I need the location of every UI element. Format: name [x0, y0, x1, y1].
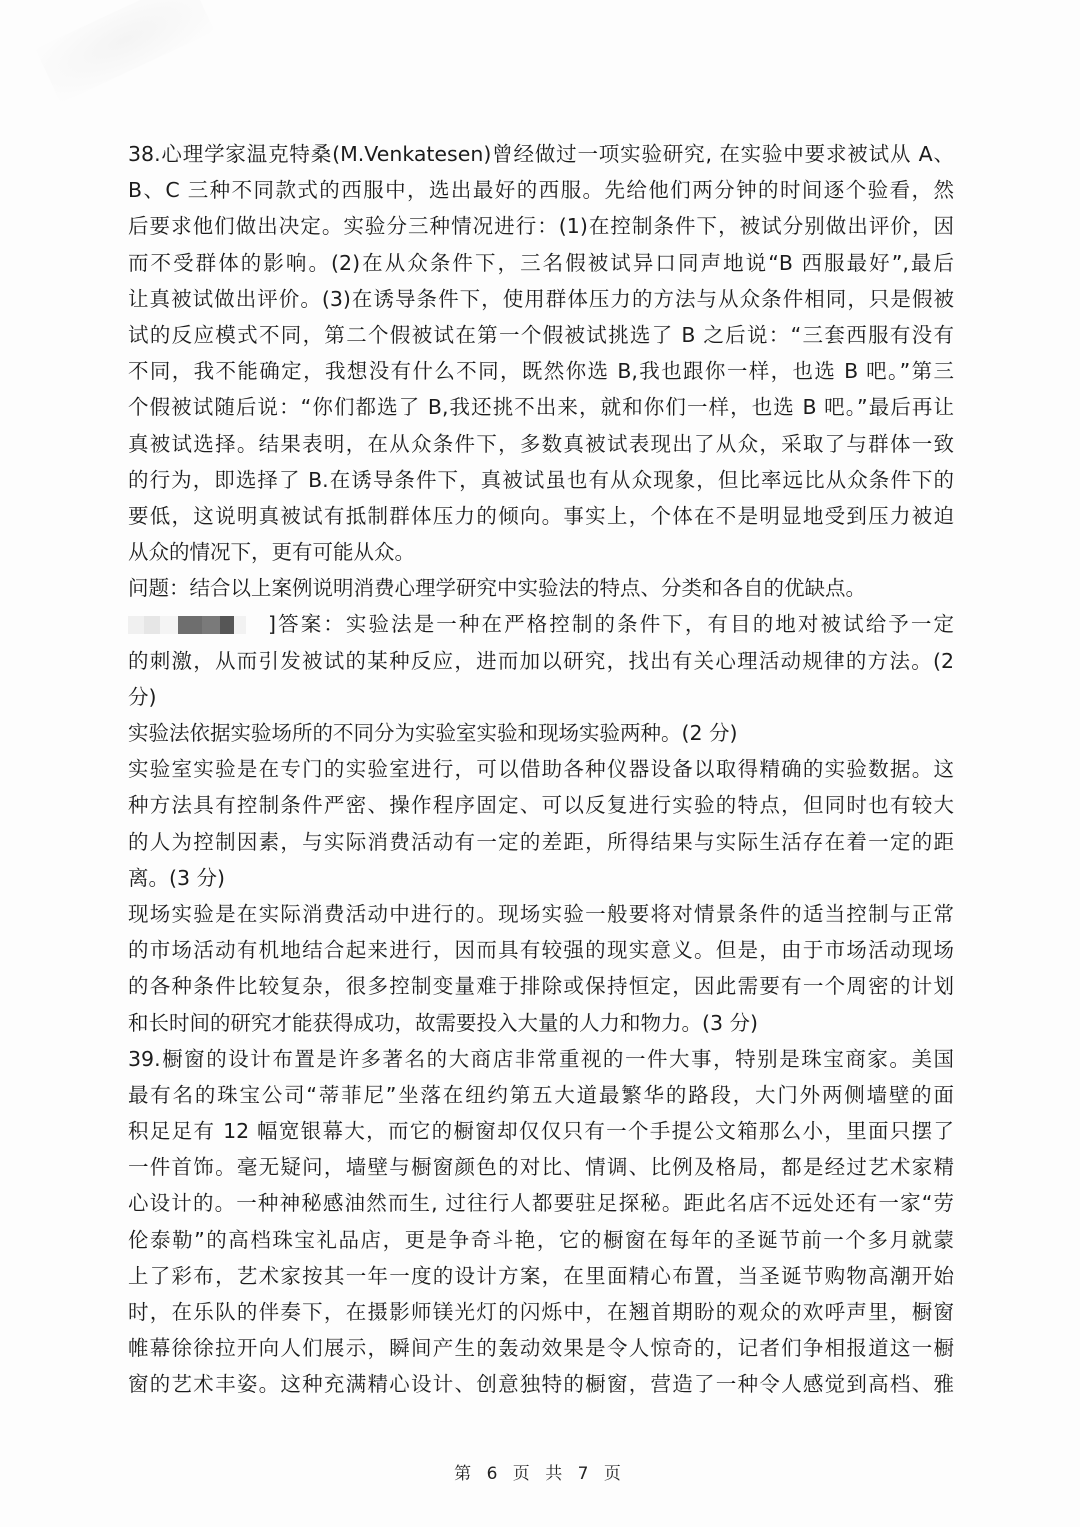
- text-line: 离。(3 分): [128, 860, 954, 896]
- text-line: 真被试选择。结果表明，在从众条件下，多数真被试表现出了从众，采取了与群体一致: [128, 426, 954, 462]
- text-line-content: 分): [128, 685, 157, 709]
- document-page: 38.心理学家温克特桑(M.Venkatesen)曾经做过一项实验研究, 在实验…: [0, 0, 1080, 1527]
- text-line-content: 和长时间的研究才能获得成功，故需要投入大量的人力和物力。(3 分): [128, 1011, 758, 1035]
- redacted-block: [128, 616, 246, 634]
- text-line-content: 后要求他们做出决定。实验分三种情况进行：(1)在控制条件下，被试分别做出评价，因: [128, 214, 954, 238]
- text-line: 的各种条件比较复杂，很多控制变量难于排除或保持恒定，因此需要有一个周密的计划: [128, 968, 954, 1004]
- text-line: 一件首饰。毫无疑问，墙壁与橱窗颜色的对比、情调、比例及格局，都是经过艺术家精: [128, 1149, 954, 1185]
- text-line-content: 最有名的珠宝公司“蒂菲尼”坐落在纽约第五大道最繁华的路段，大门外两侧墙壁的面: [128, 1083, 954, 1107]
- text-line-content: 的刺激，从而引发被试的某种反应，进而加以研究，找出有关心理活动规律的方法。(2: [128, 649, 954, 673]
- text-line: ]答案：实验法是一种在严格控制的条件下，有目的地对被试给予一定: [128, 606, 954, 642]
- text-line-content: 的行为，即选择了 B.在诱导条件下，真被试虽也有从众现象，但比率远比从众条件下的: [128, 468, 954, 492]
- text-line-content: 心设计的。一种神秘感油然而生, 过往行人都要驻足探秘。距此名店不远处还有一家“劳: [128, 1191, 954, 1215]
- text-line-content: 上了彩布，艺术家按其一年一度的设计方案，在里面精心布置，当圣诞节购物高潮开始: [128, 1264, 954, 1288]
- body-text: 38.心理学家温克特桑(M.Venkatesen)曾经做过一项实验研究, 在实验…: [128, 136, 954, 1403]
- text-line-content: 而不受群体的影响。(2)在从众条件下，三名假被试异口同声地说“B 西服最好”,最…: [128, 251, 954, 275]
- text-line: 39.橱窗的设计布置是许多著名的大商店非常重视的一件大事，特别是珠宝商家。美国: [128, 1041, 954, 1077]
- text-line-content: 现场实验是在实际消费活动中进行的。现场实验一般要将对情景条件的适当控制与正常: [128, 902, 954, 926]
- text-line: 分): [128, 679, 954, 715]
- text-line: 最有名的珠宝公司“蒂菲尼”坐落在纽约第五大道最繁华的路段，大门外两侧墙壁的面: [128, 1077, 954, 1113]
- text-line: 心设计的。一种神秘感油然而生, 过往行人都要驻足探秘。距此名店不远处还有一家“劳: [128, 1185, 954, 1221]
- text-line-content: 伦泰勒”的高档珠宝礼品店，更是争奇斗艳，它的橱窗在每年的圣诞节前一个多月就蒙: [128, 1228, 954, 1252]
- text-line: 不同，我不能确定，我想没有什么不同，既然你选 B,我也跟你一样，也选 B 吧。”…: [128, 353, 954, 389]
- text-line-content: 积足足有 12 幅宽银幕大，而它的橱窗却仅仅只有一个手提公文箱那么小，里面只摆了: [128, 1119, 954, 1143]
- text-line: 积足足有 12 幅宽银幕大，而它的橱窗却仅仅只有一个手提公文箱那么小，里面只摆了: [128, 1113, 954, 1149]
- text-line: 种方法具有控制条件严密、操作程序固定、可以反复进行实验的特点，但同时也有较大: [128, 787, 954, 823]
- text-line: 和长时间的研究才能获得成功，故需要投入大量的人力和物力。(3 分): [128, 1005, 954, 1041]
- text-line: 帷幕徐徐拉开向人们展示，瞬间产生的轰动效果是令人惊奇的，记者们争相报道这一橱: [128, 1330, 954, 1366]
- text-line-content: 不同，我不能确定，我想没有什么不同，既然你选 B,我也跟你一样，也选 B 吧。”…: [128, 359, 954, 383]
- text-line-content: 试的反应模式不同，第二个假被试在第一个假被试挑选了 B 之后说：“三套西服有没有: [128, 323, 954, 347]
- text-line: 上了彩布，艺术家按其一年一度的设计方案，在里面精心布置，当圣诞节购物高潮开始: [128, 1258, 954, 1294]
- text-line: 要低，这说明真被试有抵制群体压力的倾向。事实上，个体在不是明显地受到压力被迫: [128, 498, 954, 534]
- text-line-content: 的市场活动有机地结合起来进行，因而具有较强的现实意义。但是，由于市场活动现场: [128, 938, 954, 962]
- text-line: 实验室实验是在专门的实验室进行，可以借助各种仪器设备以取得精确的实验数据。这: [128, 751, 954, 787]
- page-footer: 第 6 页 共 7 页: [0, 1459, 1080, 1484]
- text-line: 窗的艺术丰姿。这种充满精心设计、创意独特的橱窗，营造了一种令人感觉到高档、雅: [128, 1366, 954, 1402]
- text-line: 的人为控制因素，与实际消费活动有一定的差距，所得结果与实际生活存在着一定的距: [128, 824, 954, 860]
- text-line-content: B、C 三种不同款式的西服中，选出最好的西服。先给他们两分钟的时间逐个验看，然: [128, 178, 954, 202]
- text-line: 现场实验是在实际消费活动中进行的。现场实验一般要将对情景条件的适当控制与正常: [128, 896, 954, 932]
- text-line-content: 真被试选择。结果表明，在从众条件下，多数真被试表现出了从众，采取了与群体一致: [128, 432, 954, 456]
- scan-smudge: [35, 0, 214, 103]
- text-line-content: 让真被试做出评价。(3)在诱导条件下，使用群体压力的方法与从众条件相同，只是假被: [128, 287, 954, 311]
- text-line-content: 要低，这说明真被试有抵制群体压力的倾向。事实上，个体在不是明显地受到压力被迫: [128, 504, 954, 528]
- text-line: 的市场活动有机地结合起来进行，因而具有较强的现实意义。但是，由于市场活动现场: [128, 932, 954, 968]
- text-line: 38.心理学家温克特桑(M.Venkatesen)曾经做过一项实验研究, 在实验…: [128, 136, 954, 172]
- text-line: 的刺激，从而引发被试的某种反应，进而加以研究，找出有关心理活动规律的方法。(2: [128, 643, 954, 679]
- text-line-content: 实验法依据实验场所的不同分为实验室实验和现场实验两种。(2 分): [128, 721, 738, 745]
- text-line-content: ]答案：实验法是一种在严格控制的条件下，有目的地对被试给予一定: [268, 612, 954, 636]
- text-line-content: 39.橱窗的设计布置是许多著名的大商店非常重视的一件大事，特别是珠宝商家。美国: [128, 1047, 954, 1071]
- text-line-content: 从众的情况下，更有可能从众。: [128, 540, 415, 564]
- text-line: 实验法依据实验场所的不同分为实验室实验和现场实验两种。(2 分): [128, 715, 954, 751]
- text-line: 伦泰勒”的高档珠宝礼品店，更是争奇斗艳，它的橱窗在每年的圣诞节前一个多月就蒙: [128, 1222, 954, 1258]
- text-line-content: 38.心理学家温克特桑(M.Venkatesen)曾经做过一项实验研究, 在实验…: [128, 142, 954, 166]
- text-line-content: 个假被试随后说：“你们都选了 B,我还挑不出来，就和你们一样，也选 B 吧。”最…: [128, 395, 954, 419]
- text-line: 时，在乐队的伴奏下，在摄影师镁光灯的闪烁中，在翘首期盼的观众的欢呼声里，橱窗: [128, 1294, 954, 1330]
- text-line-content: 的各种条件比较复杂，很多控制变量难于排除或保持恒定，因此需要有一个周密的计划: [128, 974, 954, 998]
- text-line: 试的反应模式不同，第二个假被试在第一个假被试挑选了 B 之后说：“三套西服有没有: [128, 317, 954, 353]
- text-line-content: 时，在乐队的伴奏下，在摄影师镁光灯的闪烁中，在翘首期盼的观众的欢呼声里，橱窗: [128, 1300, 954, 1324]
- text-line: 问题：结合以上案例说明消费心理学研究中实验法的特点、分类和各自的优缺点。: [128, 570, 954, 606]
- text-line-content: 离。(3 分): [128, 866, 225, 890]
- text-line-content: 种方法具有控制条件严密、操作程序固定、可以反复进行实验的特点，但同时也有较大: [128, 793, 954, 817]
- text-line: B、C 三种不同款式的西服中，选出最好的西服。先给他们两分钟的时间逐个验看，然: [128, 172, 954, 208]
- text-line: 让真被试做出评价。(3)在诱导条件下，使用群体压力的方法与从众条件相同，只是假被: [128, 281, 954, 317]
- text-line: 从众的情况下，更有可能从众。: [128, 534, 954, 570]
- text-line: 个假被试随后说：“你们都选了 B,我还挑不出来，就和你们一样，也选 B 吧。”最…: [128, 389, 954, 425]
- text-line-content: 帷幕徐徐拉开向人们展示，瞬间产生的轰动效果是令人惊奇的，记者们争相报道这一橱: [128, 1336, 954, 1360]
- text-line-content: 窗的艺术丰姿。这种充满精心设计、创意独特的橱窗，营造了一种令人感觉到高档、雅: [128, 1372, 954, 1396]
- text-line-content: 的人为控制因素，与实际消费活动有一定的差距，所得结果与实际生活存在着一定的距: [128, 830, 954, 854]
- text-line-content: 实验室实验是在专门的实验室进行，可以借助各种仪器设备以取得精确的实验数据。这: [128, 757, 954, 781]
- text-line-content: 一件首饰。毫无疑问，墙壁与橱窗颜色的对比、情调、比例及格局，都是经过艺术家精: [128, 1155, 954, 1179]
- text-line: 的行为，即选择了 B.在诱导条件下，真被试虽也有从众现象，但比率远比从众条件下的: [128, 462, 954, 498]
- text-line-content: 问题：结合以上案例说明消费心理学研究中实验法的特点、分类和各自的优缺点。: [128, 576, 866, 600]
- text-line: 而不受群体的影响。(2)在从众条件下，三名假被试异口同声地说“B 西服最好”,最…: [128, 245, 954, 281]
- text-line: 后要求他们做出决定。实验分三种情况进行：(1)在控制条件下，被试分别做出评价，因: [128, 208, 954, 244]
